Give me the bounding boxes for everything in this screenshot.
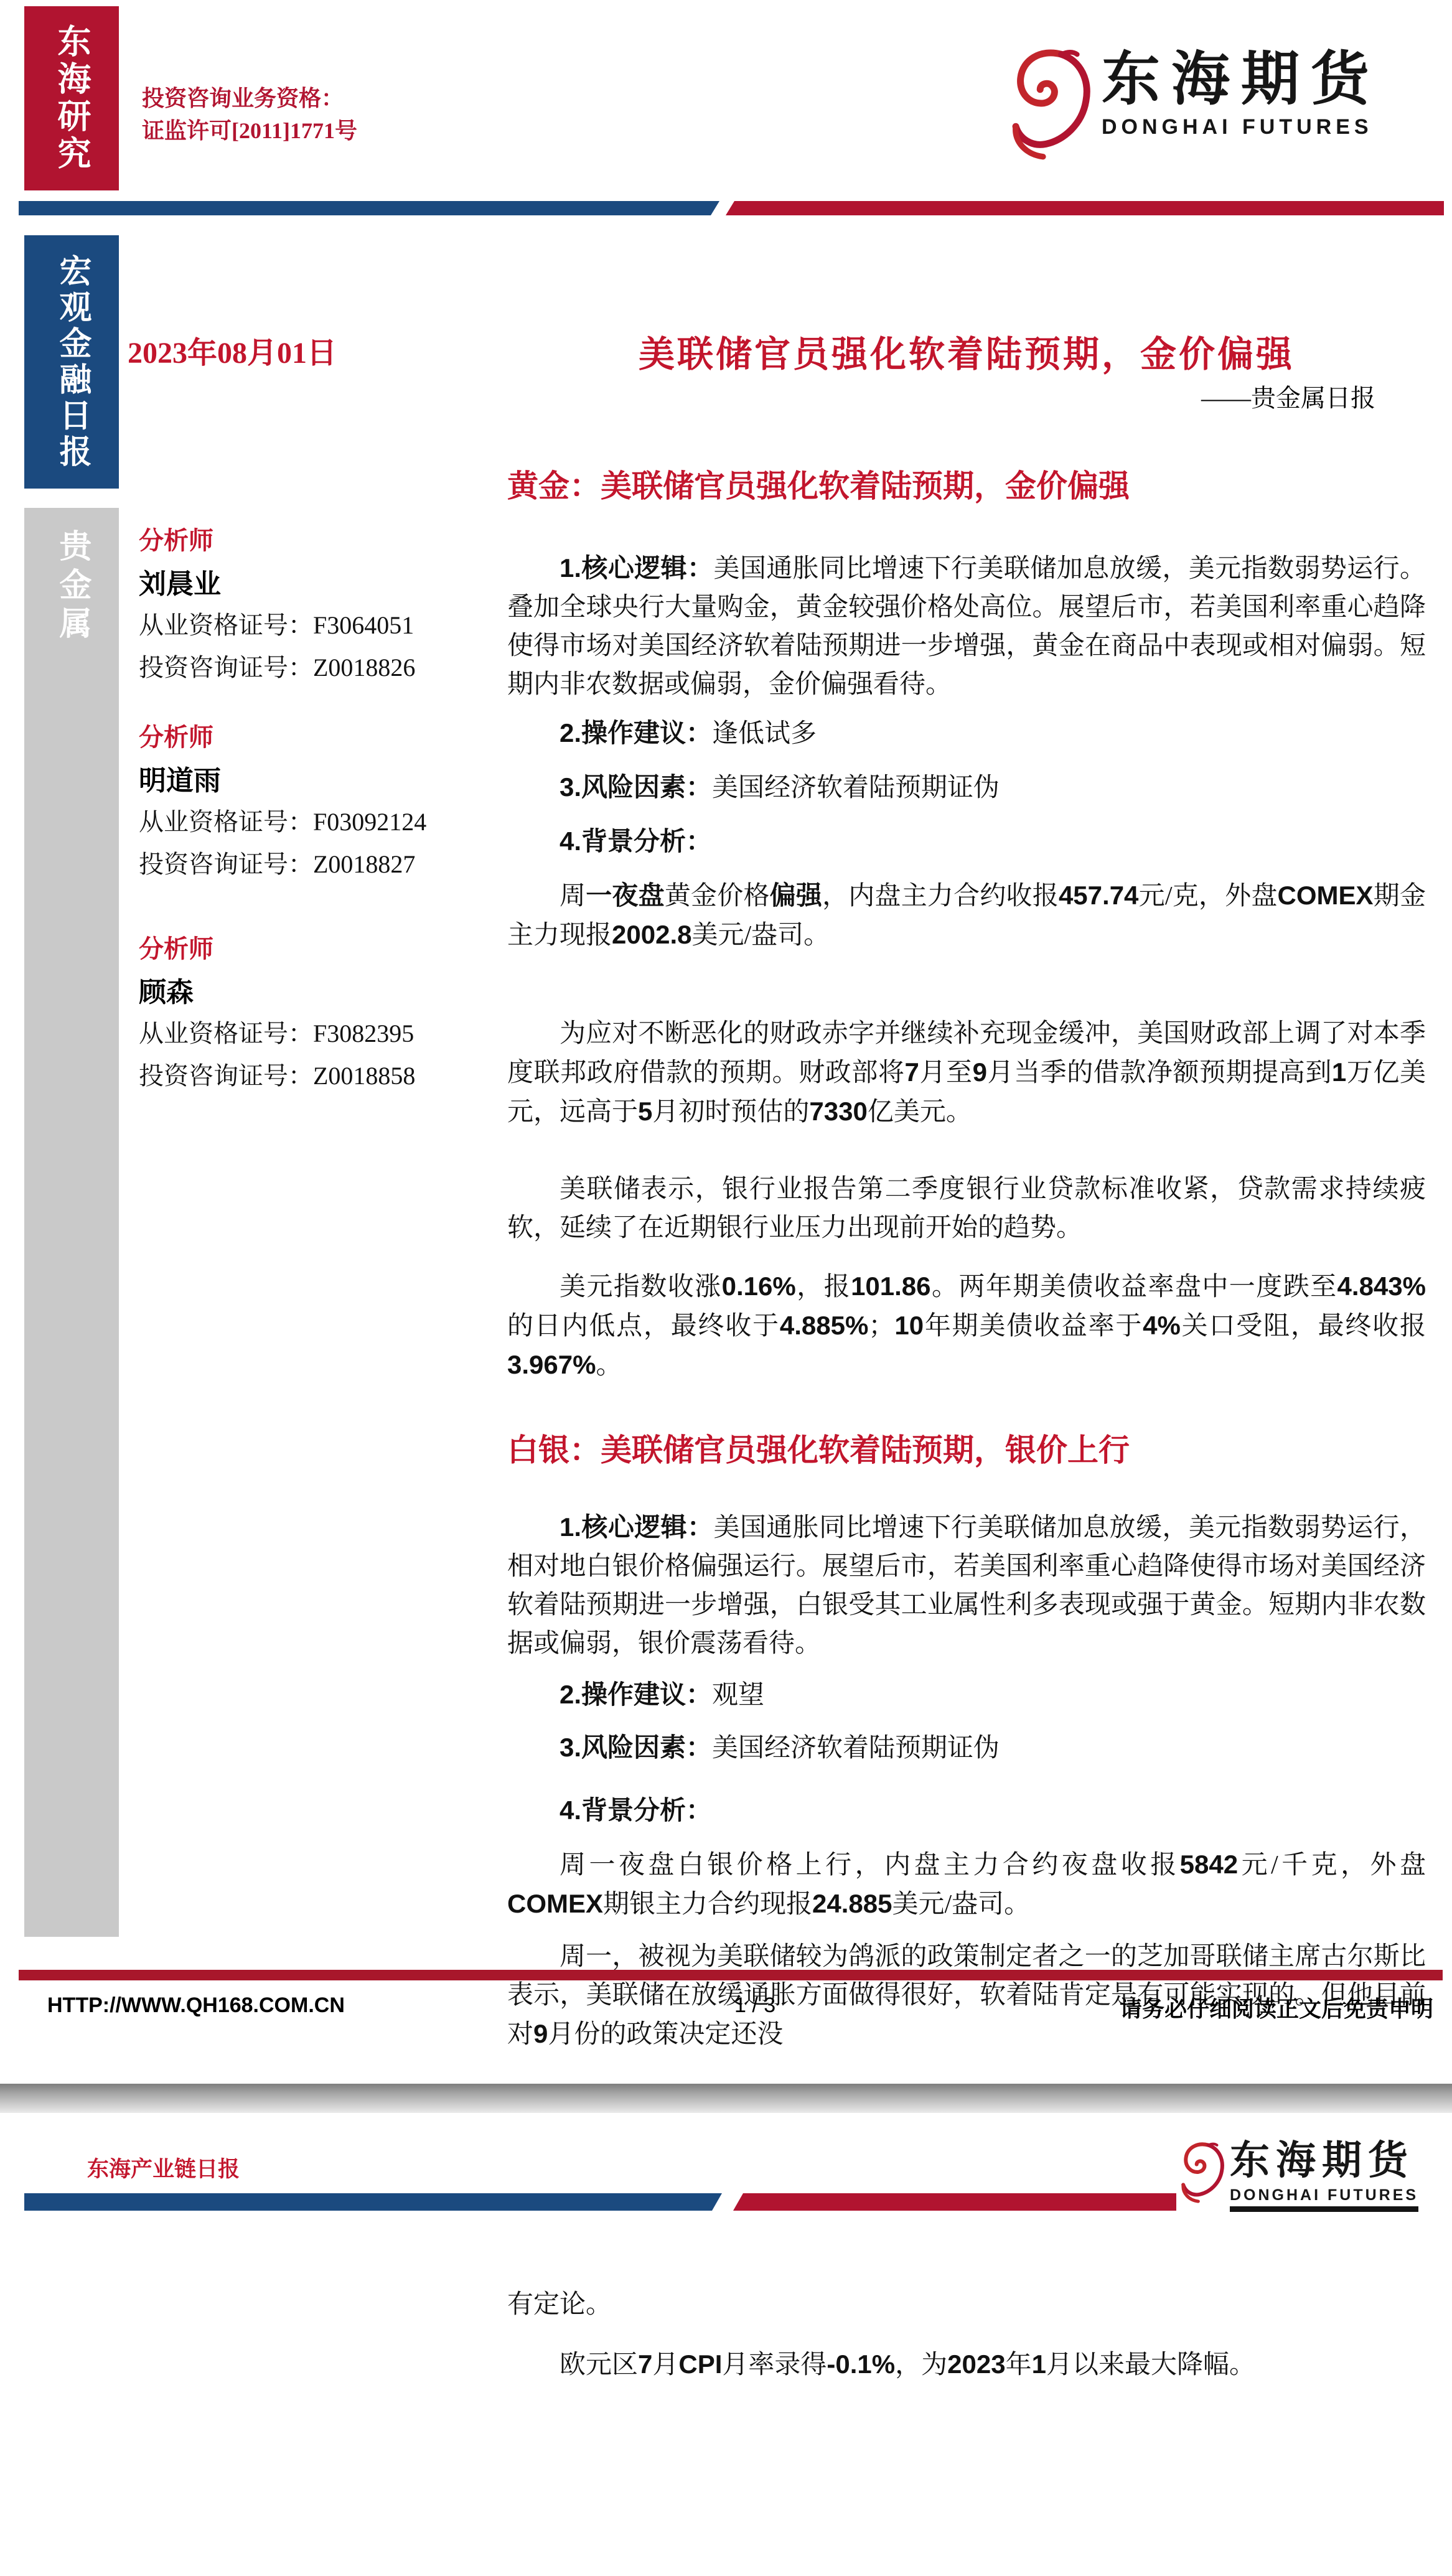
page2-body: 有定论。 欧元区7月CPI月率录得-0.1%，为2023年1月以来最大降幅。 (507, 2285, 1426, 2384)
gold-background-label: 4.背景分析： (507, 822, 1426, 861)
page2-series-title: 东海产业链日报 (87, 2152, 240, 2183)
gold-market-data: 美元指数收涨0.16%，报101.86。两年期美债收益率盘中一度跌至4.843%… (507, 1267, 1426, 1385)
silver-price-summary: 周一夜盘白银价格上行，内盘主力合约夜盘收报5842元/千克，外盘COMEX期银主… (507, 1845, 1426, 1924)
report-date: 2023年08月01日 (128, 329, 337, 372)
gold-risk: 3.风险因素：美国经济软着陆预期证伪 (507, 768, 1426, 807)
analyst-name: 刘晨业 (139, 569, 487, 600)
license-line-2: 证监许可[2011]1771号 (142, 115, 357, 147)
silver-background-label: 4.背景分析： (507, 1791, 1426, 1830)
footer-website-link[interactable]: HTTP://WWW.QH168.COM.CN (47, 1993, 345, 2018)
gold-price-summary: 周一夜盘黄金价格偏强，内盘主力合约收报457.74元/克，外盘COMEX期金主力… (507, 876, 1426, 955)
silver-risk: 3.风险因素：美国经济软着陆预期证伪 (507, 1728, 1426, 1768)
page2-rule-red (733, 2193, 1186, 2211)
report-title: 美联储官员强化软着陆预期，金价偏强 (507, 325, 1426, 377)
analyst-block-3: 分析师 顾森 从业资格证号：F3082395 投资咨询证号：Z0018858 (139, 935, 487, 1104)
dragon-logo-icon (1176, 2138, 1230, 2210)
analyst-qualification: 从业资格证号：F3064051 (139, 611, 487, 640)
analyst-block-2: 分析师 明道雨 从业资格证号：F03092124 投资咨询证号：Z0018827 (139, 723, 487, 892)
sidebar-category-metals-text: 贵金属 (24, 529, 119, 1937)
gold-fed-news: 美联储表示，银行业报告第二季度银行业贷款标准收紧，贷款需求持续疲软，延续了在近期… (507, 1170, 1426, 1247)
page2-rule-blue (24, 2193, 722, 2211)
page2-continuation-text: 有定论。 (507, 2285, 1426, 2324)
footer-disclaimer: 请务必仔细阅读正文后免责申明 (1114, 1992, 1433, 2023)
analyst-name: 明道雨 (139, 766, 487, 797)
sidebar-category-macro: 宏观金融日报 (24, 235, 119, 489)
page2-company-logo: 东海期货 DONGHAI FUTURES (1176, 2133, 1452, 2232)
research-banner: 东海研究 (24, 6, 119, 190)
analyst-advisory: 投资咨询证号：Z0018826 (139, 653, 487, 682)
company-logo: 东海期货 DONGHAI FUTURES (1002, 49, 1438, 161)
analyst-qualification: 从业资格证号：F3082395 (139, 1019, 487, 1048)
logo-en-text: DONGHAI FUTURES (1102, 115, 1380, 139)
analyst-name: 顾森 (139, 977, 487, 1008)
analyst-label: 分析师 (139, 935, 487, 963)
analyst-qualification: 从业资格证号：F03092124 (139, 808, 487, 836)
gold-treasury-news: 为应对不断恶化的财政赤字并继续补充现金缓冲，美国财政部上调了对本季度联邦政府借款… (507, 1014, 1426, 1131)
sidebar-category-macro-text: 宏观金融日报 (24, 254, 119, 471)
report-subtitle: ——贵金属日报 (507, 378, 1375, 414)
report-body: 黄金：美联储官员强化软着陆预期，金价偏强 1.核心逻辑：美国通胀同比增速下行美联… (507, 468, 1426, 2054)
license-block: 投资咨询业务资格： 证监许可[2011]1771号 (142, 82, 357, 147)
sidebar-category-metals: 贵金属 (24, 508, 119, 1937)
gold-section-heading: 黄金：美联储官员强化软着陆预期，金价偏强 (507, 468, 1426, 504)
silver-advice: 2.操作建议：观望 (507, 1675, 1426, 1715)
footer-page-number: 1 / 3 (734, 1993, 775, 2018)
page2-eurozone-cpi: 欧元区7月CPI月率录得-0.1%，为2023年1月以来最大降幅。 (507, 2345, 1426, 2384)
analyst-label: 分析师 (139, 723, 487, 752)
logo-en-text: DONGHAI FUTURES (1230, 2186, 1418, 2212)
analyst-advisory: 投资咨询证号：Z0018827 (139, 850, 487, 879)
analyst-label: 分析师 (139, 527, 487, 555)
logo-cn-text: 东海期货 (1230, 2138, 1418, 2183)
report-page: { "colors": { "brand_red": "#B11430", "h… (0, 0, 1452, 2576)
dragon-logo-icon (1002, 49, 1102, 164)
logo-cn-text: 东海期货 (1102, 49, 1380, 111)
header-rule-blue (19, 201, 719, 215)
license-line-1: 投资咨询业务资格： (142, 82, 357, 115)
analyst-block-1: 分析师 刘晨业 从业资格证号：F3064051 投资咨询证号：Z0018826 (139, 527, 487, 696)
gold-core-logic: 1.核心逻辑：美国通胀同比增速下行美联储加息放缓，美元指数弱势运行。叠加全球央行… (507, 549, 1426, 704)
analyst-advisory: 投资咨询证号：Z0018858 (139, 1062, 487, 1090)
page-separator (0, 2084, 1452, 2113)
header-rule-red (726, 201, 1444, 215)
research-banner-text: 东海研究 (24, 24, 119, 173)
gold-advice: 2.操作建议：逢低试多 (507, 714, 1426, 753)
silver-section-heading: 白银：美联储官员强化软着陆预期，银价上行 (507, 1432, 1426, 1468)
footer-rule (19, 1970, 1443, 1980)
silver-core-logic: 1.核心逻辑：美国通胀同比增速下行美联储加息放缓，美元指数弱势运行，相对地白银价… (507, 1508, 1426, 1663)
